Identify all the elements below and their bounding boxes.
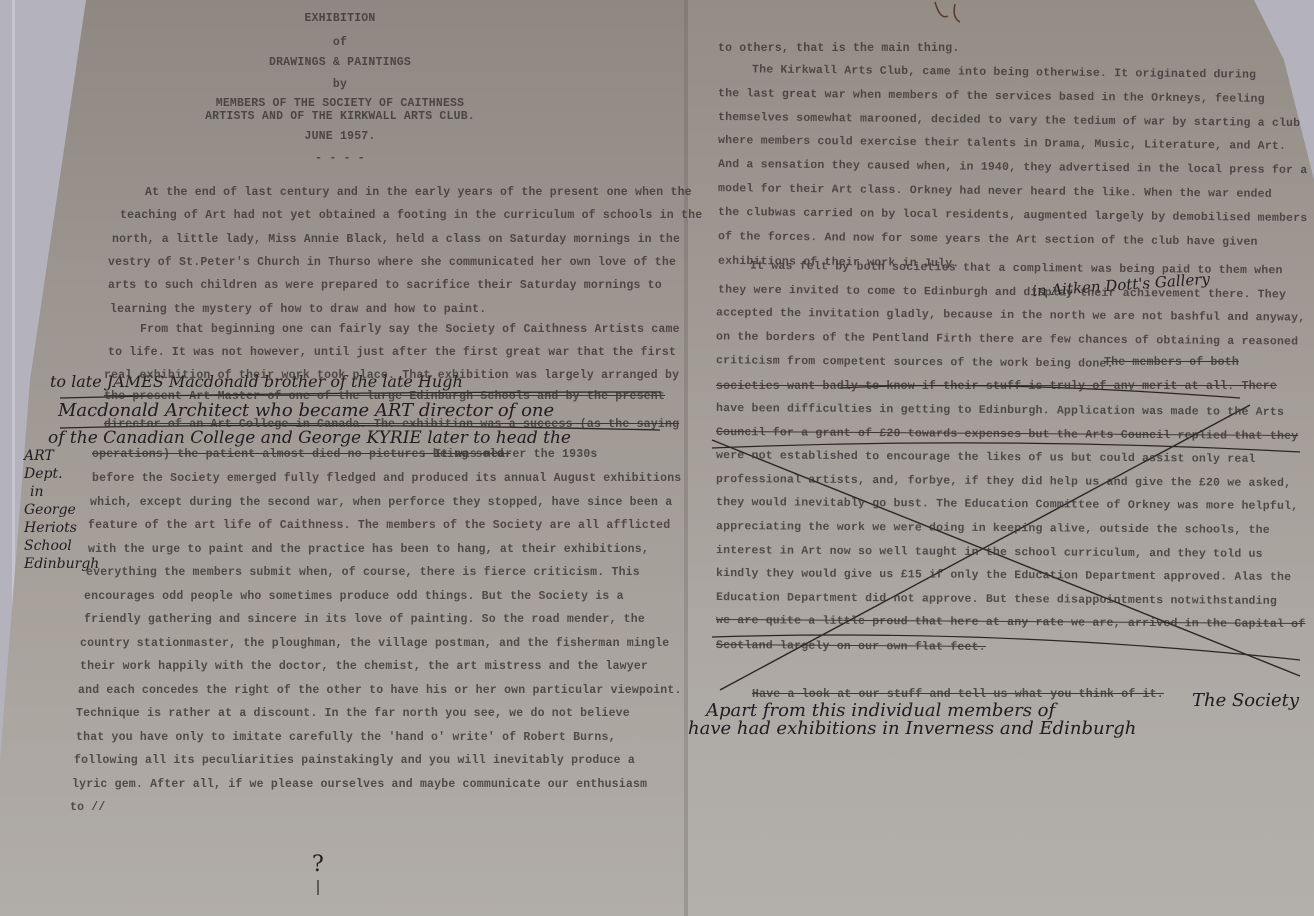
title-line: ARTISTS AND OF THE KIRKWALL ARTS CLUB. — [190, 110, 490, 123]
handwritten-question-mark: ? — [312, 852, 324, 877]
typed-line: . It was nearer the 1930s — [420, 448, 598, 461]
left-paragraph-3-line: which, except during the second war, whe… — [90, 496, 672, 509]
struck-line: societies want badly to know if their st… — [716, 380, 1277, 393]
left-paragraph-2-line: to life. It was not however, until just … — [108, 346, 676, 359]
margin-note-word: George — [24, 502, 76, 518]
left-paragraph-3-line: friendly gathering and sincere in its lo… — [84, 613, 645, 626]
margin-note-word: School — [24, 538, 72, 554]
struck-line: the present Art Master of one of the lar… — [104, 390, 665, 403]
title-line: of — [190, 36, 490, 49]
title-line: - - - - — [190, 152, 490, 165]
left-paragraph-3-line: that you have only to imitate carefully … — [76, 731, 616, 744]
title-line: MEMBERS OF THE SOCIETY OF CAITHNESS — [190, 97, 490, 110]
page-fold — [684, 0, 688, 916]
crossed-out-line: Scotland largely on our own flat feet. — [716, 639, 986, 654]
left-paragraph-1-line: arts to such children as were prepared t… — [108, 279, 662, 292]
left-paragraph-1-line: north, a little lady, Miss Annie Black, … — [112, 233, 680, 246]
handwritten-right-line-1: The Society — [1192, 690, 1299, 711]
handwritten-line-3: of the Canadian College and George KYRIE… — [48, 428, 571, 448]
left-paragraph-3-line: and each concedes the right of the other… — [78, 684, 682, 697]
title-line: JUNE 1957. — [190, 130, 490, 143]
left-paragraph-3-line: everything the members submit when, of c… — [86, 566, 640, 579]
struck-line: director of an Art College in Canada. Th… — [104, 418, 679, 431]
handwritten-right-line-3: have had exhibitions in Inverness and Ed… — [688, 718, 1136, 739]
left-paragraph-1-line: vestry of St.Peter's Church in Thurso wh… — [108, 256, 676, 269]
right-paragraph-1-line: to others, that is the main thing. — [718, 42, 959, 55]
left-paragraph-2-line: real exhibition of their work took place… — [104, 369, 679, 382]
left-paragraph-1-line: teaching of Art had not yet obtained a f… — [120, 209, 702, 222]
left-paragraph-3-line: before the Society emerged fully fledged… — [92, 472, 681, 485]
left-paragraph-3-line: Technique is rather at a discount. In th… — [76, 707, 630, 720]
left-paragraph-3-line: following all its peculiarities painstak… — [74, 754, 635, 767]
left-paragraph-3-line: lyric gem. After all, if we please ourse… — [72, 778, 647, 791]
struck-line: The members of both — [1104, 356, 1239, 369]
left-paragraph-3-line: encourages odd people who sometimes prod… — [84, 590, 624, 603]
left-paragraph-3-line: to // — [70, 801, 106, 814]
left-paragraph-1-line: At the end of last century and in the ea… — [145, 186, 692, 199]
title-line: by — [190, 78, 490, 91]
title-line: DRAWINGS & PAINTINGS — [190, 56, 490, 69]
margin-note-word: in — [30, 484, 44, 500]
left-paragraph-3-line: with the urge to paint and the practice … — [88, 543, 649, 556]
margin-note-word: Dept. — [24, 466, 63, 482]
left-paragraph-3-line: country stationmaster, the ploughman, th… — [80, 637, 669, 650]
margin-note-word: ART — [24, 448, 54, 464]
left-paragraph-3-line: feature of the art life of Caithness. Th… — [88, 519, 670, 532]
left-paragraph-1-line: learning the mystery of how to draw and … — [110, 303, 486, 316]
left-paragraph-3-line: their work happily with the doctor, the … — [80, 660, 648, 673]
margin-note-word: Heriots — [24, 520, 77, 536]
title-line: EXHIBITION — [190, 12, 490, 25]
struck-line: Have a look at our stuff and tell us wha… — [752, 688, 1164, 701]
left-paragraph-2-line: From that beginning one can fairly say t… — [140, 323, 680, 336]
